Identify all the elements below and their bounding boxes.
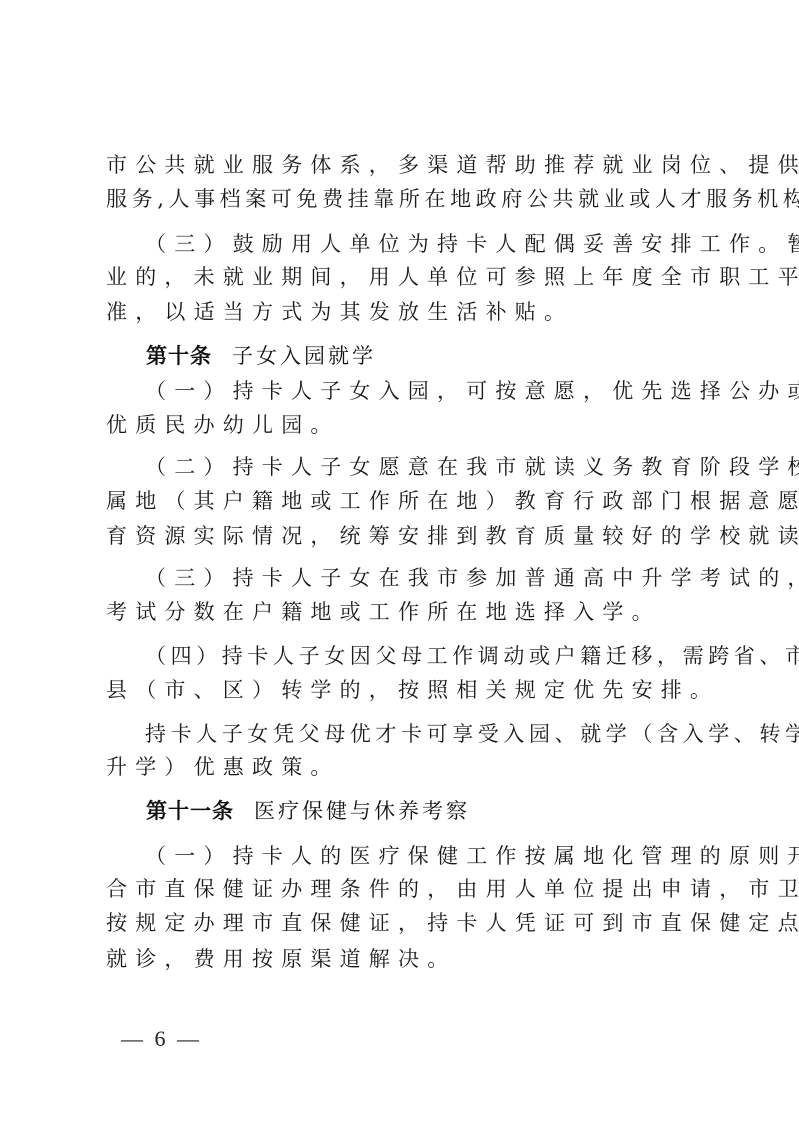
paragraph-line: 市公共就业服务体系，多渠道帮助推荐就业岗位、提供免费就业: [106, 150, 706, 180]
paragraph-line: 持卡人子女凭父母优才卡可享受入园、就学（含入学、转学、: [145, 719, 745, 749]
paragraph-line: （三）持卡人子女在我市参加普通高中升学考试的，可根据: [145, 563, 745, 593]
article-number: 第十条: [146, 344, 212, 368]
paragraph-line: 按规定办理市直保健证，持卡人凭证可到市直保健定点医疗机构: [106, 908, 706, 938]
paragraph-line: 准，以适当方式为其发放生活补贴。: [106, 297, 706, 327]
paragraph-line: （三）鼓励用人单位为持卡人配偶妥善安排工作。暂时未就: [145, 229, 745, 259]
paragraph-line: 考试分数在户籍地或工作所在地选择入学。: [106, 597, 706, 627]
paragraph-line: 服务,人事档案可免费挂靠所在地政府公共就业或人才服务机构。: [106, 184, 706, 214]
paragraph-line: 合市直保健证办理条件的，由用人单位提出申请，市卫生计生委: [106, 874, 706, 904]
document-page: 市公共就业服务体系，多渠道帮助推荐就业岗位、提供免费就业 服务,人事档案可免费挂…: [0, 0, 799, 1131]
paragraph-line: （二）持卡人子女愿意在我市就读义务教育阶段学校的，由: [145, 452, 745, 482]
paragraph-line: （四）持卡人子女因父母工作调动或户籍迁移，需跨省、市、: [145, 641, 745, 671]
article-title: 医疗保健与休养考察: [254, 799, 470, 823]
paragraph-line: 升学）优惠政策。: [106, 752, 706, 782]
article-title: 子女入园就学: [232, 344, 376, 368]
article-number: 第十一条: [146, 799, 234, 823]
paragraph-line: 就诊，费用按原渠道解决。: [106, 944, 706, 974]
paragraph-line: 业的，未就业期间，用人单位可参照上年度全市职工平均工资标: [106, 262, 706, 292]
paragraph-line: 优质民办幼儿园。: [106, 410, 706, 440]
paragraph-line: （一）持卡人的医疗保健工作按属地化管理的原则开展。符: [145, 841, 745, 871]
article-11-heading: 第十一条医疗保健与休养考察: [146, 796, 470, 826]
paragraph-line: 育资源实际情况，统筹安排到教育质量较好的学校就读。: [106, 521, 706, 551]
paragraph-line: 县（市、区）转学的，按照相关规定优先安排。: [106, 675, 706, 705]
page-number: — 6 —: [121, 1026, 202, 1052]
paragraph-line: （一）持卡人子女入园，可按意愿，优先选择公办或普惠性: [145, 376, 745, 406]
paragraph-line: 属地（其户籍地或工作所在地）教育行政部门根据意愿和本地教: [106, 486, 706, 516]
article-10-heading: 第十条子女入园就学: [146, 341, 376, 371]
